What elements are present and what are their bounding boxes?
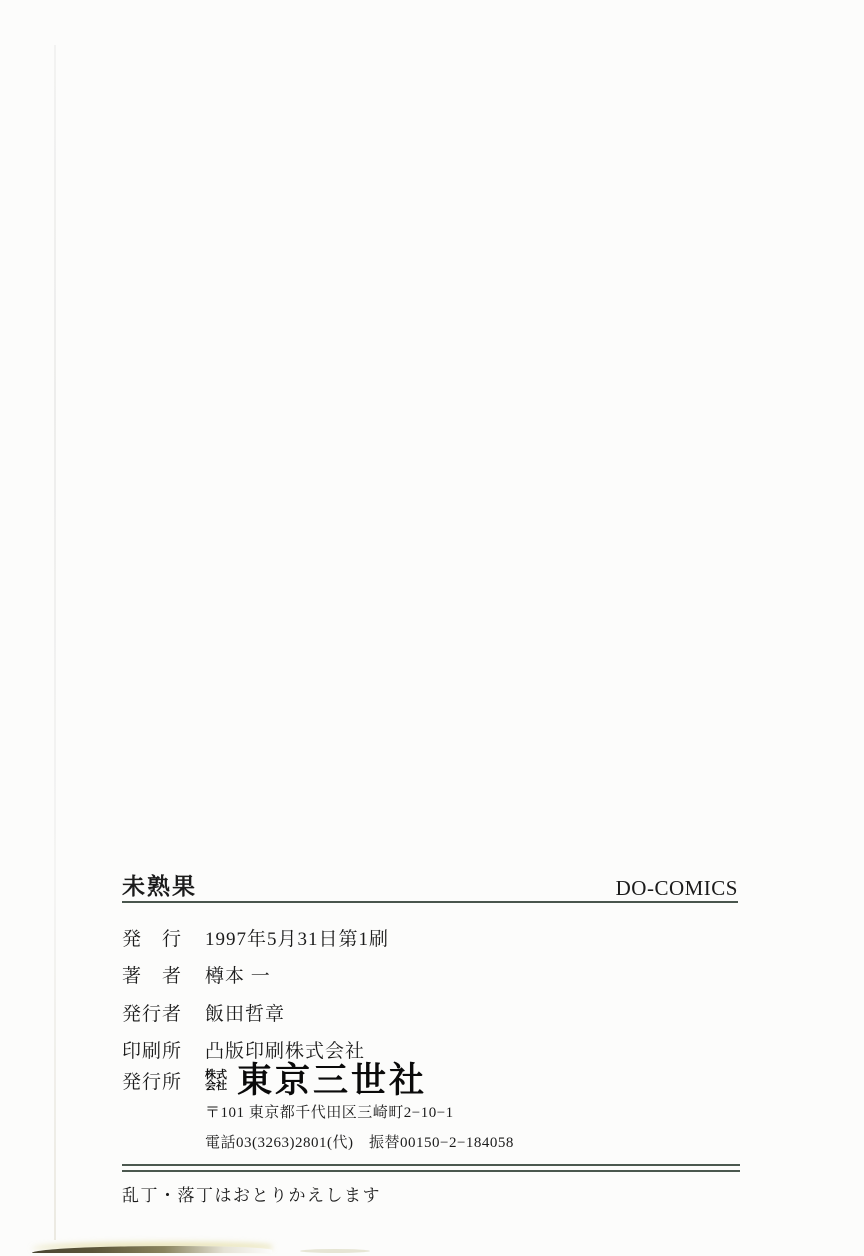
- returns-note: 乱丁・落丁はおとりかえします: [122, 1181, 381, 1206]
- colophon-row-author: 著 者 樽本 一: [122, 961, 271, 988]
- publisher-name: 東京三世社: [237, 1063, 427, 1098]
- title-row: 未熟果 DO-COMICS: [122, 868, 738, 901]
- published-value: 1997年5月31日第1刷: [205, 924, 389, 951]
- author-label: 著 者: [122, 961, 186, 988]
- publisher-label: 発行所: [122, 1067, 186, 1094]
- issuer-label: 発行者: [122, 999, 186, 1026]
- title-divider-rule: [122, 901, 738, 903]
- publisher-phone: 電話03(3263)2801(代) 振替00150−2−184058: [205, 1131, 514, 1152]
- printer-label: 印刷所: [122, 1036, 186, 1063]
- colophon-row-published: 発 行 1997年5月31日第1刷: [122, 924, 389, 951]
- colophon-page: 未熟果 DO-COMICS 発 行 1997年5月31日第1刷 著 者 樽本 一…: [0, 0, 864, 1256]
- colophon-row-printer: 印刷所 凸版印刷株式会社: [122, 1036, 365, 1063]
- mark-line-2: 会社: [205, 1080, 227, 1092]
- scan-artifact-smudge: [300, 1249, 370, 1253]
- printer-value: 凸版印刷株式会社: [205, 1036, 365, 1063]
- colophon-row-issuer: 発行者 飯田哲章: [122, 999, 285, 1026]
- issuer-value: 飯田哲章: [205, 999, 285, 1026]
- kabushiki-gaisha-mark: 株式 会社: [205, 1070, 227, 1092]
- author-value: 樽本 一: [205, 961, 271, 988]
- imprint-label: DO-COMICS: [616, 876, 738, 901]
- scan-artifact-left-edge: [54, 45, 56, 1240]
- book-title: 未熟果: [122, 868, 197, 901]
- published-label: 発 行: [122, 924, 186, 951]
- publisher-address: 〒101 東京都千代田区三崎町2−10−1: [205, 1101, 454, 1122]
- bottom-divider-double-rule: [122, 1164, 740, 1172]
- scan-artifact-bottom-edge: [32, 1246, 272, 1253]
- colophon-row-publisher: 発行所 株式 会社 東京三世社: [122, 1063, 427, 1098]
